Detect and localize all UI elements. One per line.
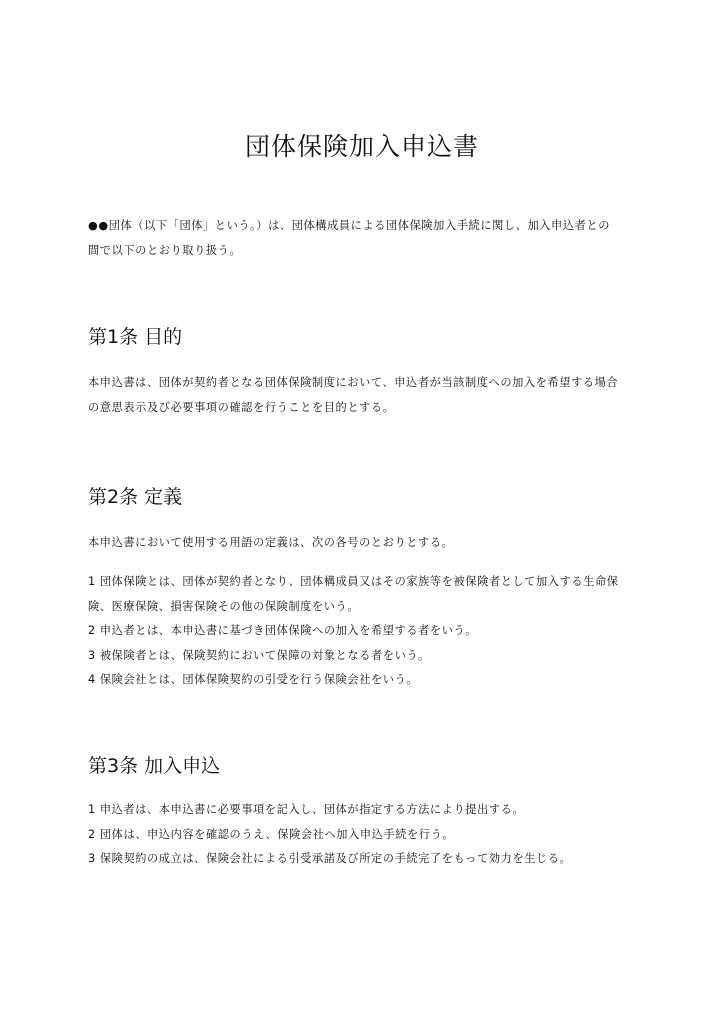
article-2-heading: 第2条 定義 <box>88 482 182 509</box>
item-line: 2 団体は、申込内容を確認のうえ、保険会社へ加入申込手続を行う。 <box>88 823 648 848</box>
item-line: 1 申込者は、本申込書に必要事項を記入し、団体が指定する方法により提出する。 <box>88 798 648 823</box>
definition-line: 険、医療保険、損害保険その他の保険制度をいう。 <box>88 595 648 620</box>
document-page: 団体保険加入申込書 ●●団体（以下「団体」という。）は、団体構成員による団体保険… <box>0 0 724 1024</box>
definition-line: 3 被保険者とは、保険契約において保障の対象となる者をいう。 <box>88 644 648 669</box>
paragraph-line: の意思表示及び必要事項の確認を行うことを目的とする。 <box>88 396 648 421</box>
intro-paragraph: ●●団体（以下「団体」という。）は、団体構成員による団体保険加入手続に関し、加入… <box>88 214 648 263</box>
article-1-heading: 第1条 目的 <box>88 322 182 349</box>
paragraph-line: 本申込書は、団体が契約者となる団体保険制度において、申込者が当該制度への加入を希… <box>88 371 648 396</box>
document-title: 団体保険加入申込書 <box>0 127 724 163</box>
article-3-items: 1 申込者は、本申込書に必要事項を記入し、団体が指定する方法により提出する。 2… <box>88 798 648 872</box>
article-1-paragraph: 本申込書は、団体が契約者となる団体保険制度において、申込者が当該制度への加入を希… <box>88 371 648 420</box>
intro-line: 間で以下のとおり取り扱う。 <box>88 239 648 264</box>
definition-line: 4 保険会社とは、団体保険契約の引受を行う保険会社をいう。 <box>88 668 648 693</box>
article-2-definitions: 1 団体保険とは、団体が契約者となり、団体構成員又はその家族等を被保険者として加… <box>88 570 648 693</box>
paragraph-line: 本申込書において使用する用語の定義は、次の各号のとおりとする。 <box>88 531 648 556</box>
item-line: 3 保険契約の成立は、保険会社による引受承諾及び所定の手続完了をもって効力を生じ… <box>88 847 648 872</box>
definition-line: 2 申込者とは、本申込書に基づき団体保険への加入を希望する者をいう。 <box>88 619 648 644</box>
intro-line: ●●団体（以下「団体」という。）は、団体構成員による団体保険加入手続に関し、加入… <box>88 214 648 239</box>
definition-line: 1 団体保険とは、団体が契約者となり、団体構成員又はその家族等を被保険者として加… <box>88 570 648 595</box>
article-3-heading: 第3条 加入申込 <box>88 751 220 778</box>
article-2-intro: 本申込書において使用する用語の定義は、次の各号のとおりとする。 <box>88 531 648 556</box>
